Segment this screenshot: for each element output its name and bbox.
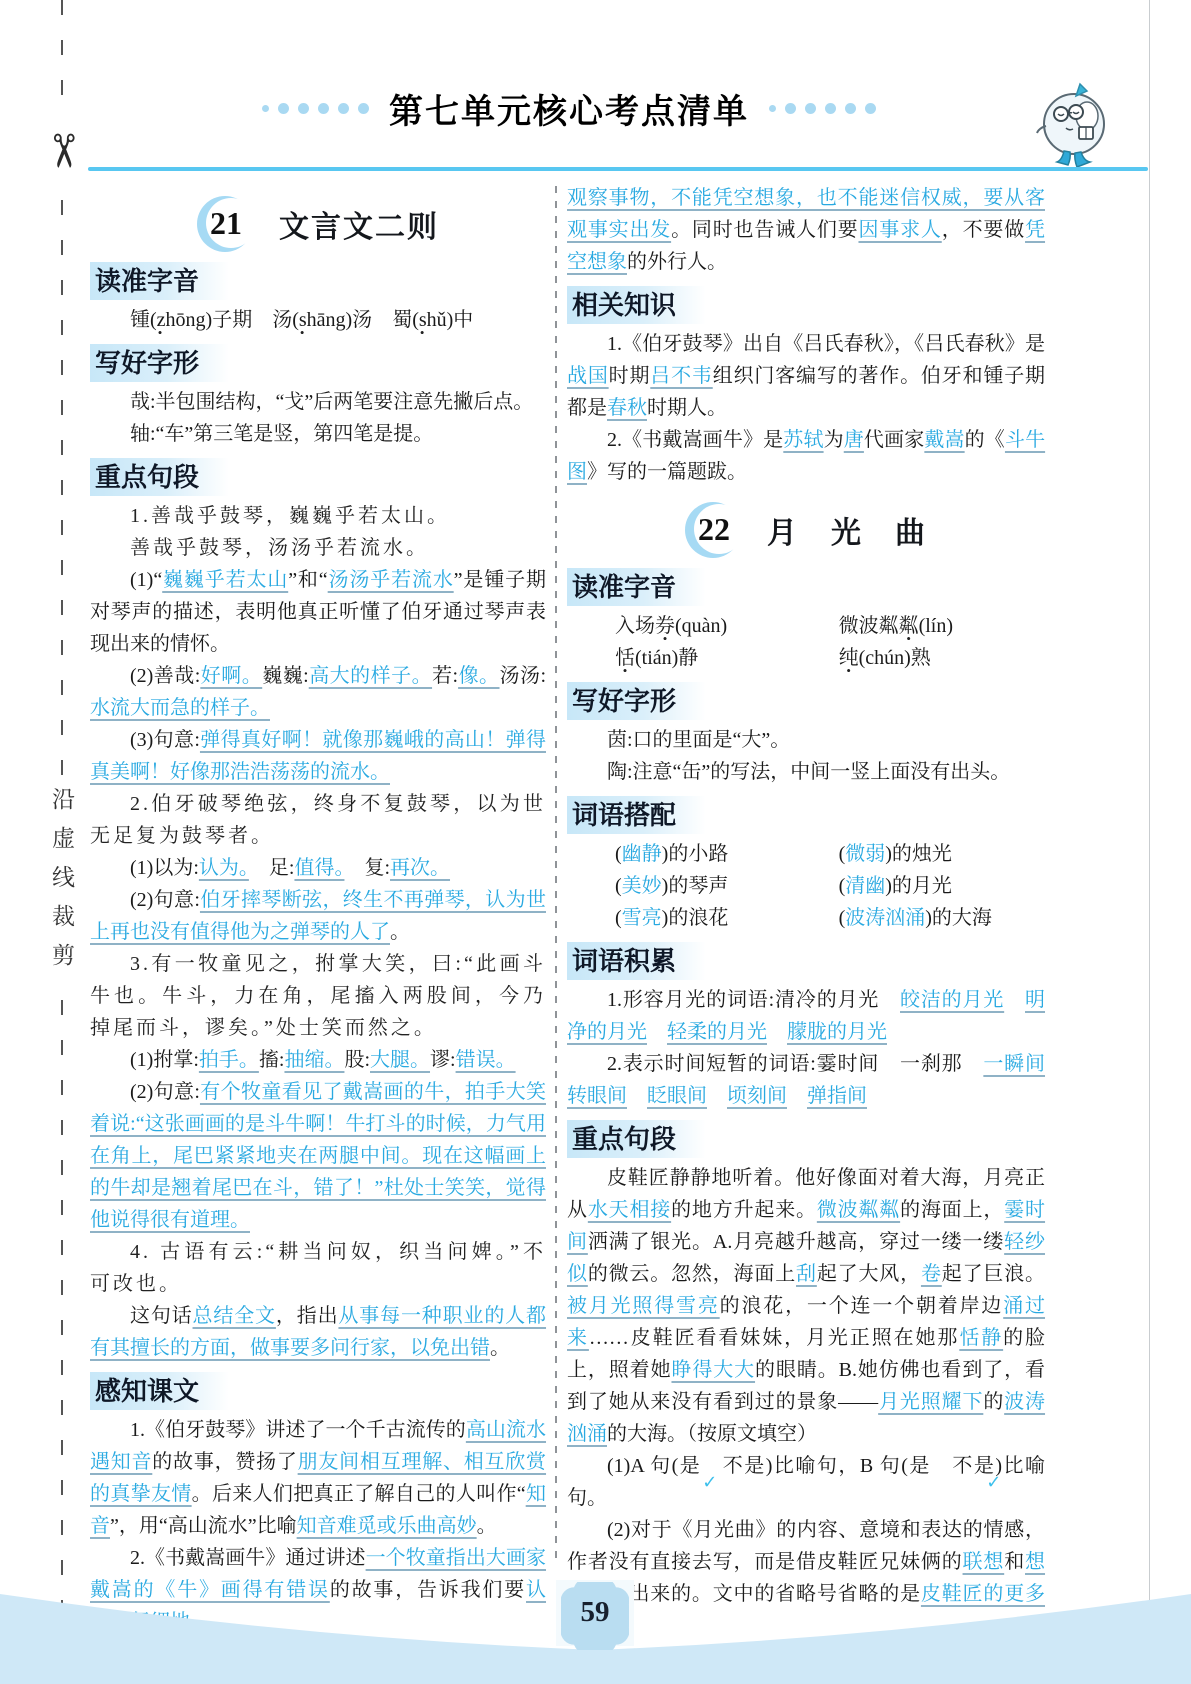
emphasized-char: 恬• xyxy=(615,647,635,669)
emphasized-char: 纯• xyxy=(839,647,859,669)
answer-blank: 因事求人 xyxy=(858,219,941,241)
section-header: 感知课文 xyxy=(90,1372,546,1410)
paragraph: (2)善哉:好啊。巍巍:高大的样子。若:像。汤汤:水流大而急的样子。 xyxy=(90,660,546,724)
paragraph: (1)A 句(是✓ 不是)比喻句，B 句(是 不是✓)比喻句。 xyxy=(567,1450,1045,1514)
answer-blank: 吕不韦 xyxy=(650,365,712,387)
paragraph: (3)句意:弹得真好啊！就像那巍峨的高山！弹得真美啊！好像那浩浩荡荡的流水。 xyxy=(90,724,546,788)
paragraph: 1.《伯牙鼓琴》出自《吕氏春秋》，《吕氏春秋》是战国时期吕不韦组织门客编写的著作… xyxy=(567,328,1045,424)
lesson-number-circle: 22 xyxy=(685,502,741,558)
dot-icon xyxy=(865,103,876,114)
lesson-title: 月 光 曲 xyxy=(767,508,927,552)
two-column-row: (幽静)的小路(微弱)的烛光 xyxy=(567,838,1045,870)
answer-blank: 知音难觅或乐曲高妙 xyxy=(297,1515,477,1537)
emphasized-char: 粼• xyxy=(899,615,919,637)
answer-blank: 再次。 xyxy=(390,857,450,879)
answer-blank: 恬静 xyxy=(959,1327,1003,1349)
dot-icon xyxy=(298,103,309,114)
answer-blank: 刮 xyxy=(796,1263,817,1285)
answer-blank: 水流大而急的样子。 xyxy=(90,697,270,719)
paragraph: 茵:口的里面是“大”。 xyxy=(567,724,1045,756)
paragraph: 哉:半包围结构，“戈”后两笔要注意先撇后点。 xyxy=(90,386,546,418)
two-column-row: 入场券•(quàn)微波粼粼•(lín) xyxy=(567,610,1045,642)
answer-blank: 观察事物，不能凭空想象，也不能迷信权威，要从客观事实出发 xyxy=(567,187,1045,241)
dot-icon xyxy=(278,103,289,114)
emphasis-dot-icon: • xyxy=(623,664,628,677)
answer-blank: 弹得真好啊！就像那巍峨的高山！弹得真美啊！好像那浩浩荡荡的流水。 xyxy=(90,729,546,783)
paragraph: 2.《书戴嵩画牛》是苏轼为唐代画家戴嵩的《斗牛图》写的一篇题跋。 xyxy=(567,424,1045,488)
row-item-right: 纯•(chún)熟 xyxy=(839,642,1045,674)
answer-blank: 苏轼 xyxy=(783,429,823,451)
answer-blank: 总结全文 xyxy=(193,1305,276,1327)
cut-along-line-label: 沿虚线裁剪 xyxy=(45,775,78,994)
answer-blank: 伯牙摔琴断弦，终生不再弹琴，认为世上再也没有值得他为之弹琴的人了 xyxy=(90,889,546,943)
answer-word: 微弱 xyxy=(845,843,885,865)
emphasis-dot-icon: • xyxy=(118,326,163,339)
dot-icon xyxy=(805,103,816,114)
row-item-right: (清幽)的月光 xyxy=(839,870,1045,902)
emphasis-dot-icon: • xyxy=(380,326,425,339)
answer-blank: 朋友间相互理解、相互欣赏的真挚友情 xyxy=(90,1451,546,1505)
answer-blank: 巍巍乎若太山 xyxy=(162,569,288,591)
answer-blank: 好啊。 xyxy=(200,665,262,687)
answer-blank: 被月光照得雪亮 xyxy=(567,1295,720,1317)
dot-icon xyxy=(785,103,796,114)
row-item-right: (微弱)的烛光 xyxy=(839,838,1045,870)
page-number: 59 xyxy=(548,1596,642,1629)
row-item-left: 恬•(tián)静 xyxy=(615,642,839,674)
answer-blank: 轻柔的月光 xyxy=(667,1021,767,1043)
page-header: 第七单元核心考点清单 xyxy=(90,84,1048,133)
section-header: 写好字形 xyxy=(567,682,1045,720)
paragraph: (2)句意:伯牙摔琴断弦，终生不再弹琴，认为世上再也没有值得他为之弹琴的人了。 xyxy=(90,884,546,948)
check-icon: ✓ xyxy=(662,1474,717,1492)
section-header: 词语积累 xyxy=(567,942,1045,980)
section-header: 词语搭配 xyxy=(567,796,1045,834)
answer-blank: 大腿。 xyxy=(370,1049,430,1071)
mascot-apple-icon xyxy=(1024,76,1116,177)
answer-blank: 朦胧的月光 xyxy=(787,1021,887,1043)
page-title: 第七单元核心考点清单 xyxy=(389,84,749,133)
answer-blank: 戴嵩 xyxy=(924,429,964,451)
paragraph: 4. 古语有云:“耕当问奴，织当问婢。”不可改也。 xyxy=(90,1236,546,1300)
answer-blank: 睁得大大 xyxy=(671,1359,755,1381)
section-header: 重点句段 xyxy=(90,458,546,496)
answer-blank: 抽缩。 xyxy=(284,1049,344,1071)
section-header-label: 读准字音 xyxy=(90,262,229,300)
checked-choice: 不是✓ xyxy=(952,1455,995,1477)
two-column-row: (美妙)的琴声(清幽)的月光 xyxy=(567,870,1045,902)
paragraph: 1.善哉乎鼓琴，巍巍乎若太山。 xyxy=(90,500,546,532)
section-header-label: 词语积累 xyxy=(567,942,706,980)
section-header-label: 读准字音 xyxy=(567,568,706,606)
emphasis-dot-icon: • xyxy=(260,326,305,339)
answer-blank: 拍手。 xyxy=(199,1049,259,1071)
section-header-label: 重点句段 xyxy=(90,458,229,496)
dot-icon xyxy=(318,103,329,114)
page-edge-line xyxy=(1149,0,1150,1684)
answer-blank: 卷 xyxy=(921,1263,942,1285)
lesson-number: 21 xyxy=(199,205,253,242)
dot-icon xyxy=(825,103,836,114)
paragraph: (1)“巍巍乎若太山”和“汤汤乎若流水”是锺子期对琴声的描述，表明他真正听懂了伯… xyxy=(90,564,546,660)
answer-blank: 月光照耀下 xyxy=(878,1391,983,1413)
answer-word: 幽静 xyxy=(622,843,662,865)
row-item-left: 入场券•(quàn) xyxy=(615,610,839,642)
right-column: 观察事物，不能凭空想象，也不能迷信权威，要从客观事实出发。同时也告诫人们要因事求… xyxy=(567,182,1045,1642)
answer-blank: 微波粼粼 xyxy=(817,1199,900,1221)
dot-icon xyxy=(845,103,856,114)
answer-blank: 汤汤乎若流水 xyxy=(328,569,454,591)
lesson-number-circle: 21 xyxy=(197,196,253,252)
lesson-title: 文言文二则 xyxy=(279,202,439,246)
row-item-right: (波涛汹涌)的大海 xyxy=(839,902,1045,934)
dot-icon xyxy=(338,103,349,114)
answer-blank: 水天相接 xyxy=(588,1199,671,1221)
page-number-badge: 59 xyxy=(548,1578,642,1654)
answer-blank: 有个牧童看见了戴嵩画的牛，拍手大笑着说:“这张画画的是斗牛啊！牛打斗的时候，力气… xyxy=(90,1081,546,1231)
answer-blank: 从事每一种职业的人都有其擅长的方面，做事要多问行家，以免出错 xyxy=(90,1305,546,1359)
paragraph: 这句话总结全文，指出从事每一种职业的人都有其擅长的方面，做事要多问行家，以免出错… xyxy=(90,1300,546,1364)
lesson-badge: 21文言文二则 xyxy=(90,196,546,252)
decorative-dots-right xyxy=(769,103,876,114)
emphasized-char: 汤• xyxy=(272,309,292,331)
header-rule xyxy=(88,167,1148,171)
section-header-label: 相关知识 xyxy=(567,286,706,324)
paragraph: 3.有一牧童见之，拊掌大笑，曰:“此画斗牛也。牛斗，力在角，尾搐入两股间，今乃掉… xyxy=(90,948,546,1044)
section-header-label: 写好字形 xyxy=(567,682,706,720)
section-header-label: 感知课文 xyxy=(90,1372,229,1410)
paragraph: 1.《伯牙鼓琴》讲述了一个千古流传的高山流水遇知音的故事，赞扬了朋友间相互理解、… xyxy=(90,1414,546,1542)
lesson-number: 22 xyxy=(687,511,741,548)
check-icon: ✓ xyxy=(946,1474,1001,1492)
workbook-page: ✂ 沿虚线裁剪 第七单元核心考点清单 21文言文二则读准字音锺•(zhōng)子… xyxy=(0,0,1191,1684)
emphasis-dot-icon: • xyxy=(906,632,911,645)
answer-blank: 一瞬间 xyxy=(983,1053,1045,1075)
dot-icon xyxy=(262,105,269,112)
section-header: 写好字形 xyxy=(90,344,546,382)
section-header: 重点句段 xyxy=(567,1120,1045,1158)
dot-icon xyxy=(769,105,776,112)
row-item-left: (美妙)的琴声 xyxy=(615,870,839,902)
answer-blank: 认为。 xyxy=(199,857,249,879)
paragraph: (1)以为:认为。 足:值得。 复:再次。 xyxy=(90,852,546,884)
decorative-dots-left xyxy=(262,103,369,114)
row-item-right: 微波粼粼•(lín) xyxy=(839,610,1045,642)
dot-icon xyxy=(358,103,369,114)
answer-blank: 弹指间 xyxy=(807,1085,867,1107)
answer-word: 清幽 xyxy=(845,875,885,897)
answer-blank: 错误。 xyxy=(456,1049,516,1071)
paragraph: (1)拊掌:拍手。搐:抽缩。股:大腿。谬:错误。 xyxy=(90,1044,546,1076)
section-header-label: 重点句段 xyxy=(567,1120,706,1158)
answer-word: 雪亮 xyxy=(622,907,662,929)
emphasized-char: 券• xyxy=(655,615,675,637)
paragraph: 2.表示时间短暂的词语:霎时间 一刹那 一瞬间 转眼间 眨眼间 顷刻间 弹指间 xyxy=(567,1048,1045,1112)
emphasized-char: 锺• xyxy=(130,309,150,331)
answer-blank: 转眼间 xyxy=(567,1085,627,1107)
paragraph: 2.伯牙破琴绝弦，终身不复鼓琴，以为世无足复为鼓琴者。 xyxy=(90,788,546,852)
two-column-row: 恬•(tián)静纯•(chún)熟 xyxy=(567,642,1045,674)
lesson-badge: 22月 光 曲 xyxy=(567,502,1045,558)
answer-blank: 春秋 xyxy=(607,397,647,419)
checked-choice: 是✓ xyxy=(678,1455,701,1477)
paragraph: 皮鞋匠静静地听着。他好像面对着大海，月亮正从水天相接的地方升起来。微波粼粼的海面… xyxy=(567,1162,1045,1450)
paragraph: 锺•(zhōng)子期 汤•(shāng)汤 蜀•(shǔ)中 xyxy=(90,304,546,336)
paragraph: (2)句意:有个牧童看见了戴嵩画的牛，拍手大笑着说:“这张画画的是斗牛啊！牛打斗… xyxy=(90,1076,546,1236)
scissors-icon: ✂ xyxy=(34,120,90,182)
section-header-label: 写好字形 xyxy=(90,344,229,382)
answer-word: 美妙 xyxy=(622,875,662,897)
answer-blank: 唐 xyxy=(844,429,864,451)
answer-blank: 眨眼间 xyxy=(647,1085,707,1107)
section-header: 读准字音 xyxy=(90,262,546,300)
emphasis-dot-icon: • xyxy=(846,664,851,677)
emphasis-dot-icon: • xyxy=(663,632,668,645)
answer-word: 波涛汹涌 xyxy=(845,907,925,929)
answer-blank: 值得。 xyxy=(294,857,344,879)
answer-blank: 像。 xyxy=(458,665,499,687)
paragraph: 善哉乎鼓琴，汤汤乎若流水。 xyxy=(90,532,546,564)
answer-blank: 皎洁的月光 xyxy=(900,989,1004,1011)
column-divider xyxy=(555,186,557,1566)
paragraph: 观察事物，不能凭空想象，也不能迷信权威，要从客观事实出发。同时也告诫人们要因事求… xyxy=(567,182,1045,278)
answer-blank: 顷刻间 xyxy=(727,1085,787,1107)
answer-blank: 战国 xyxy=(567,365,609,387)
row-item-left: (雪亮)的浪花 xyxy=(615,902,839,934)
row-item-left: (幽静)的小路 xyxy=(615,838,839,870)
section-header-label: 词语搭配 xyxy=(567,796,706,834)
paragraph: 陶:注意“缶”的写法，中间一竖上面没有出头。 xyxy=(567,756,1045,788)
emphasized-char: 蜀• xyxy=(392,309,412,331)
paragraph: 1.形容月光的词语:清冷的月光 皎洁的月光 明净的月光 轻柔的月光 朦胧的月光 xyxy=(567,984,1045,1048)
left-column: 21文言文二则读准字音锺•(zhōng)子期 汤•(shāng)汤 蜀•(shǔ… xyxy=(90,182,546,1638)
answer-blank: 高大的样子。 xyxy=(309,665,432,687)
paragraph: 轴:“车”第三笔是竖，第四笔是提。 xyxy=(90,418,546,450)
two-column-row: (雪亮)的浪花(波涛汹涌)的大海 xyxy=(567,902,1045,934)
section-header: 读准字音 xyxy=(567,568,1045,606)
section-header: 相关知识 xyxy=(567,286,1045,324)
